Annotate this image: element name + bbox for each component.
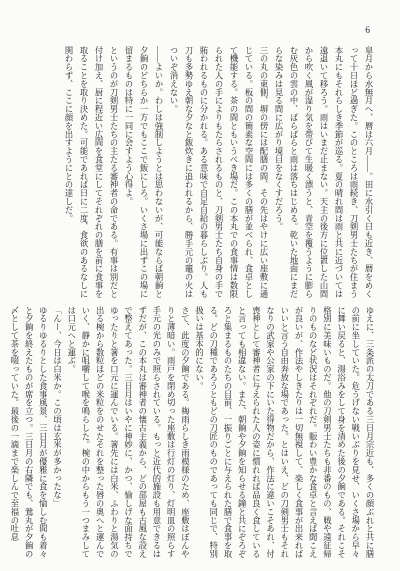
- paragraph-season-intro: 皐月から水無月へ、暦は六月――。田に水引く日も近き、暦をめくって十日ほど過ぎた。…: [271, 46, 376, 298]
- paragraph-saniwa-order: ――よいか。わしは強制しようとは思わないが、可能ならば朝餉と夕餉のどちらか一方で…: [121, 46, 166, 298]
- text-band-top: 皐月から水無月へ、暦は六月――。田に水引く日も近き、暦をめくって十日ほど過ぎた。…: [61, 46, 376, 298]
- paragraph-order-detail: というのが刀剣男士たちの主たる審神者の命である。有事は別だと付け加え、厨に程近い…: [61, 46, 121, 298]
- book-page-scan: 6 皐月から水無月へ、暦は六月――。田に水引く日も近き、暦をめくって十日ほど過ぎ…: [0, 0, 400, 571]
- paragraph-dining-room: 三の丸の東側、塀の傍には配膳の間、その先はやけに広い座敷に通じている。板の間の簡…: [166, 46, 271, 298]
- paragraph-mikazuki-meal: ゆえに、三条派の太刀である三日月宗近も、多くの顔ぶれと共に膳の前に坐していた。危…: [191, 306, 376, 558]
- paragraph-uguisumaru-tea: ゆるりゆるりとした食事風景、三日月が優雅に食を愉しむ間も着々と夕餉を終えたものが…: [7, 306, 50, 558]
- text-band-bottom: ゆえに、三条派の太刀である三日月宗近も、多くの顔ぶれと共に膳の前に坐していた。危…: [7, 306, 376, 558]
- paragraph-dialogue-line: 「んー、今日は白米か。この頃は玄米が多かったな」: [49, 306, 63, 558]
- page-number: 6: [365, 26, 370, 36]
- paragraph-evening-scene: さて、此度の夕餉である。梅雨らしき雨模様のため、座敷はぼんやりと薄暗い。雨戸を閉…: [64, 306, 192, 558]
